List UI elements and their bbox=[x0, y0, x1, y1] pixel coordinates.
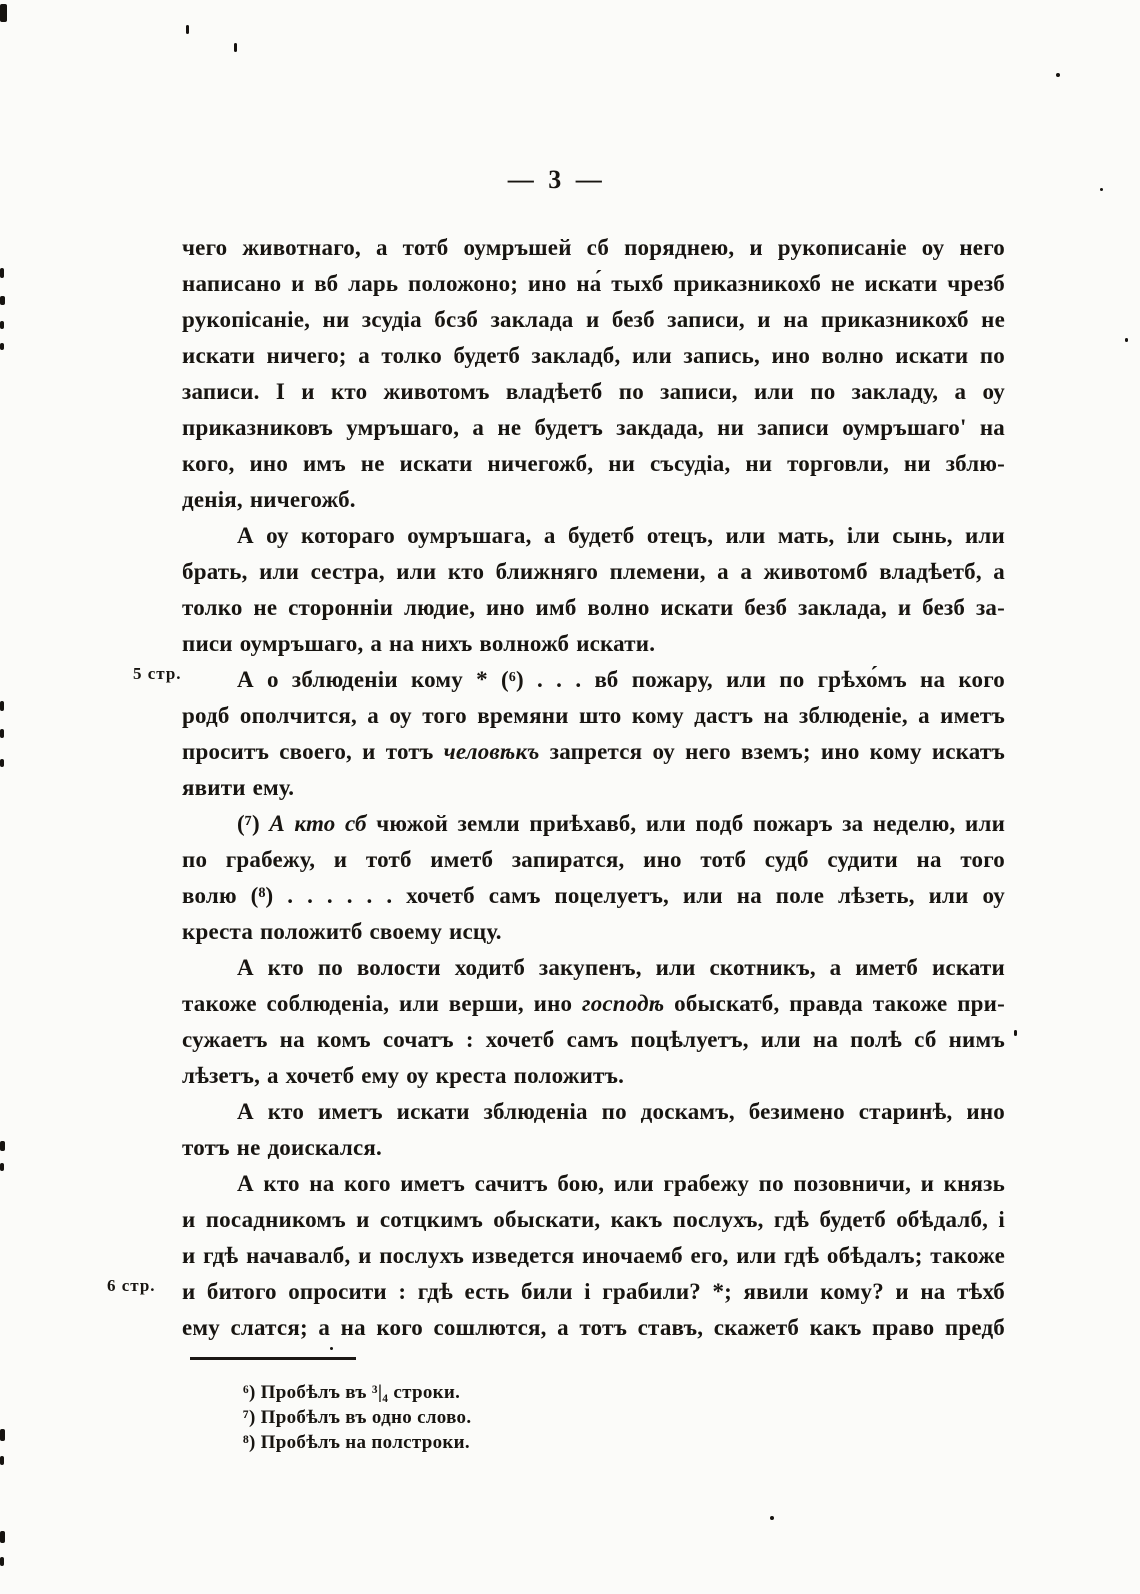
text-run: лѣзетъ, а хочетб ему оу креста положитъ. bbox=[182, 1063, 624, 1088]
text-run: денія, ничегожб. bbox=[182, 487, 356, 512]
text-run: волю (⁸) . . . . . . хочетб самъ поцелуе… bbox=[182, 883, 1005, 908]
text-line: записи. І и кто животомъ владѣетб по зап… bbox=[182, 374, 1005, 410]
header-right-dash: — bbox=[576, 165, 603, 194]
text-line: искати ничего; а толко будетб закладб, и… bbox=[182, 338, 1005, 374]
text-run: по грабежу, и тотб иметб запиратся, ино … bbox=[182, 847, 1005, 872]
scan-artifact bbox=[0, 321, 4, 329]
text-line: брать, или сестра, или кто ближняго плем… bbox=[182, 554, 1005, 590]
text-line: А кто иметъ искати зблюденіа по доскамъ,… bbox=[182, 1094, 1005, 1130]
text-run: обыскатб, правда такоже при- bbox=[664, 991, 1005, 1016]
text-run: искати ничего; а толко будетб закладб, и… bbox=[182, 343, 1005, 368]
text-run: приказниковъ умръшаго, а не будетъ закда… bbox=[182, 415, 1005, 440]
text-line: креста положитб своему исцу. bbox=[182, 914, 1005, 950]
text-run: писи оумръшаго, а на нихъ волножб искати… bbox=[182, 631, 655, 656]
text-line: А о зблюденіи кому * (⁶) . . . вб пожару… bbox=[182, 662, 1005, 698]
text-run: кого, ино имъ не искати ничегожб, ни със… bbox=[182, 451, 1005, 476]
text-line: чего животнаго, а тотб оумръшей сб поряд… bbox=[182, 230, 1005, 266]
text-line: волю (⁸) . . . . . . хочетб самъ поцелуе… bbox=[182, 878, 1005, 914]
text-run: брать, или сестра, или кто ближняго плем… bbox=[182, 559, 1005, 584]
scan-artifact bbox=[0, 1141, 5, 1151]
scan-artifact bbox=[1125, 338, 1128, 342]
text-run: А о зблюденіи кому * (⁶) . . . вб пожару… bbox=[237, 667, 1005, 692]
text-line: ему слатся; а на кого сошлются, а тотъ с… bbox=[182, 1310, 1005, 1346]
footnote-item: ⁶) Пробѣлъ въ ³|₄ строки. bbox=[243, 1380, 471, 1405]
text-line: А кто на кого иметъ сачитъ бою, или граб… bbox=[182, 1166, 1005, 1202]
text-run: креста положитб своему исцу. bbox=[182, 919, 502, 944]
text-line: по грабежу, и тотб иметб запиратся, ино … bbox=[182, 842, 1005, 878]
text-line: и гдѣ начавалб, и послухъ изведется иноч… bbox=[182, 1238, 1005, 1274]
text-run: запрется оу него вземъ; ино кому искатъ bbox=[540, 739, 1005, 764]
text-line: А оу котораго оумръшага, а будетб отецъ,… bbox=[182, 518, 1005, 554]
text-run-italic: человѣкъ bbox=[444, 739, 540, 764]
scan-artifact bbox=[0, 759, 4, 767]
scan-artifact bbox=[0, 1557, 4, 1566]
margin-note-5str: 5 стр. bbox=[133, 664, 182, 684]
scan-artifact bbox=[0, 729, 4, 738]
text-run: (⁷) bbox=[237, 811, 269, 836]
text-line: написано и вб ларь положоно; ино на́ тых… bbox=[182, 266, 1005, 302]
text-run: такоже соблюденіа, или верши, ино bbox=[182, 991, 582, 1016]
scan-artifact bbox=[0, 1429, 5, 1441]
text-line: родб ополчится, а оу того времяни што ко… bbox=[182, 698, 1005, 734]
text-run: записи. І и кто животомъ владѣетб по зап… bbox=[182, 379, 1005, 404]
text-run: родб ополчится, а оу того времяни што ко… bbox=[182, 703, 1005, 728]
scan-artifact bbox=[0, 343, 4, 350]
text-run-italic: А кто сб bbox=[269, 811, 366, 836]
text-run: чюжой земли приѣхавб, или подб пожаръ за… bbox=[367, 811, 1005, 836]
text-line: рукопісаніе, ни зсудіа бсзб заклада и бе… bbox=[182, 302, 1005, 338]
text-run: А кто на кого иметъ сачитъ бою, или граб… bbox=[237, 1171, 1005, 1196]
text-body: чего животнаго, а тотб оумръшей сб поряд… bbox=[182, 230, 1005, 1346]
margin-note-6str: 6 стр. bbox=[107, 1276, 156, 1296]
footnote-item: ⁷) Пробѣлъ въ одно слово. bbox=[243, 1405, 471, 1430]
scan-artifact bbox=[0, 1163, 4, 1171]
footnote-item: ⁸) Пробѣлъ на полстроки. bbox=[243, 1430, 471, 1455]
scan-artifact bbox=[0, 268, 4, 278]
scan-artifact bbox=[0, 1531, 5, 1543]
text-run: А оу котораго оумръшага, а будетб отецъ,… bbox=[237, 523, 1005, 548]
text-line: явити ему. bbox=[182, 770, 1005, 806]
text-line: А кто по волости ходитб закупенъ, или ск… bbox=[182, 950, 1005, 986]
scan-artifact bbox=[0, 296, 5, 305]
text-run: и посадникомъ и сотцкимъ обыскати, какъ … bbox=[182, 1207, 1005, 1232]
scan-artifact bbox=[0, 701, 4, 711]
text-run: и гдѣ начавалб, и послухъ изведется иноч… bbox=[182, 1243, 1005, 1268]
text-run: проситъ своего, и тотъ bbox=[182, 739, 444, 764]
scan-artifact bbox=[0, 1456, 4, 1465]
page-header: —3— bbox=[0, 165, 1110, 195]
text-line: писи оумръшаго, а на нихъ волножб искати… bbox=[182, 626, 1005, 662]
text-line: толко не сторонніи людие, ино имб волно … bbox=[182, 590, 1005, 626]
document-page: —3— 5 стр. 6 стр. чего животнаго, а тотб… bbox=[0, 0, 1140, 1594]
text-line: такоже соблюденіа, или верши, ино господ… bbox=[182, 986, 1005, 1022]
text-line: тотъ не доискался. bbox=[182, 1130, 1005, 1166]
scan-artifact bbox=[1100, 188, 1103, 191]
text-run: чего животнаго, а тотб оумръшей сб поряд… bbox=[182, 235, 1005, 260]
footnote-separator bbox=[190, 1357, 356, 1360]
text-line: и посадникомъ и сотцкимъ обыскати, какъ … bbox=[182, 1202, 1005, 1238]
scan-artifact bbox=[330, 1347, 333, 1350]
text-line: кого, ино имъ не искати ничегожб, ни със… bbox=[182, 446, 1005, 482]
header-left-dash: — bbox=[508, 165, 535, 194]
text-run: толко не сторонніи людие, ино имб волно … bbox=[182, 595, 1005, 620]
text-run: А кто по волости ходитб закупенъ, или ск… bbox=[237, 955, 1005, 980]
text-line: приказниковъ умръшаго, а не будетъ закда… bbox=[182, 410, 1005, 446]
text-run-italic: господѣ bbox=[582, 991, 664, 1016]
text-run: рукопісаніе, ни зсудіа бсзб заклада и бе… bbox=[182, 307, 1005, 332]
text-run: написано и вб ларь положоно; ино на́ тых… bbox=[182, 271, 1005, 296]
scan-artifact bbox=[1056, 73, 1060, 77]
text-line: лѣзетъ, а хочетб ему оу креста положитъ. bbox=[182, 1058, 1005, 1094]
text-run: и битого опросити : гдѣ есть били і граб… bbox=[182, 1279, 1005, 1304]
text-run: тотъ не доискался. bbox=[182, 1135, 382, 1160]
page-number: 3 bbox=[548, 165, 562, 194]
scan-artifact bbox=[186, 25, 189, 34]
text-run: явити ему. bbox=[182, 775, 294, 800]
text-line: проситъ своего, и тотъ человѣкъ запрется… bbox=[182, 734, 1005, 770]
text-line: сужаетъ на комъ сочатъ : хочетб самъ поц… bbox=[182, 1022, 1005, 1058]
scan-artifact bbox=[770, 1516, 774, 1520]
text-line: и битого опросити : гдѣ есть били і граб… bbox=[182, 1274, 1005, 1310]
footnotes: ⁶) Пробѣлъ въ ³|₄ строки. ⁷) Пробѣлъ въ … bbox=[243, 1380, 471, 1455]
scan-artifact bbox=[234, 43, 237, 52]
text-line: (⁷) А кто сб чюжой земли приѣхавб, или п… bbox=[182, 806, 1005, 842]
text-run: А кто иметъ искати зблюденіа по доскамъ,… bbox=[237, 1099, 1005, 1124]
text-run: сужаетъ на комъ сочатъ : хочетб самъ поц… bbox=[182, 1027, 1005, 1052]
scan-artifact bbox=[1014, 1030, 1017, 1036]
text-line: денія, ничегожб. bbox=[182, 482, 1005, 518]
text-run: ему слатся; а на кого сошлются, а тотъ с… bbox=[182, 1315, 1005, 1340]
scan-artifact bbox=[0, 4, 7, 22]
